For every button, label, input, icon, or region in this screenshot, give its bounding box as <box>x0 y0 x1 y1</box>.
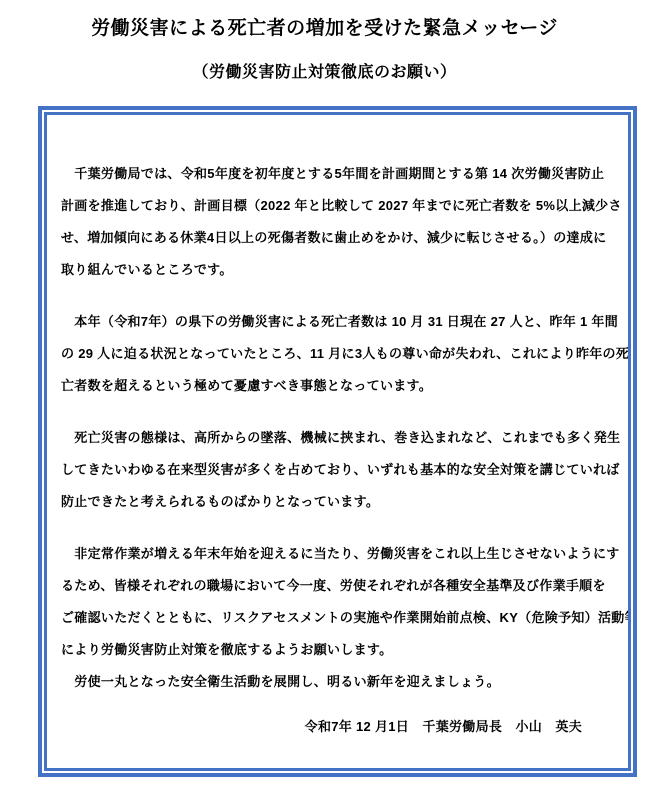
signature-line: 令和7年 12 月1日 千葉労働局長 小山 英夫 <box>61 711 604 743</box>
text-line: るため、皆様それぞれの職場において今一度、労使それぞれが各種安全基準及び作業手順… <box>61 570 604 602</box>
message-border-box: 千葉労働局では、令和5年度を初年度とする5年間を計画期間とする第 14 次労働災… <box>38 106 637 777</box>
text-line: の 29 人に迫る状況となっていたところ、11 月に3人もの尊い命が失われ、これ… <box>61 338 604 370</box>
text-line: 本年（令和7年）の県下の労働災害による死亡者数は 10 月 31 日現在 27 … <box>61 306 604 338</box>
text-line: してきたいわゆる在来型災害が多くを占めており、いずれも基本的な安全対策を講じてい… <box>61 454 604 486</box>
document-subtitle: （労働災害防止対策徹底のお願い） <box>0 59 649 82</box>
paragraph: 非定常作業が増える年末年始を迎えるに当たり、労働災害をこれ以上生じさせないように… <box>61 538 604 666</box>
paragraph: 労使一丸となった安全衛生活動を展開し、明るい新年を迎えましょう。 <box>61 666 604 698</box>
text-line: 亡者数を超えるという極めて憂慮すべき事態となっています。 <box>61 370 604 402</box>
paragraph: 死亡災害の態様は、高所からの墜落、機械に挟まれ、巻き込まれなど、これまでも多く発… <box>61 422 604 518</box>
paragraph: 千葉労働局では、令和5年度を初年度とする5年間を計画期間とする第 14 次労働災… <box>61 158 604 286</box>
text-line: 労使一丸となった安全衛生活動を展開し、明るい新年を迎えましょう。 <box>61 666 604 698</box>
paragraph-list: 千葉労働局では、令和5年度を初年度とする5年間を計画期間とする第 14 次労働災… <box>61 158 604 698</box>
document-page: 労働災害による死亡者の増加を受けた緊急メッセージ （労働災害防止対策徹底のお願い… <box>0 0 649 800</box>
text-line: 防止できたと考えられるものばかりとなっています。 <box>61 486 604 518</box>
text-line: ご確認いただくとともに、リスクアセスメントの実施や作業開始前点検、KY（危険予知… <box>61 602 604 634</box>
text-line: 死亡災害の態様は、高所からの墜落、機械に挟まれ、巻き込まれなど、これまでも多く発… <box>61 422 604 454</box>
text-line: 取り組んでいるところです。 <box>61 254 604 286</box>
paragraph: 本年（令和7年）の県下の労働災害による死亡者数は 10 月 31 日現在 27 … <box>61 306 604 402</box>
text-line: 非定常作業が増える年末年始を迎えるに当たり、労働災害をこれ以上生じさせないように… <box>61 538 604 570</box>
document-title: 労働災害による死亡者の増加を受けた緊急メッセージ <box>0 13 649 40</box>
text-line: により労働災害防止対策を徹底するようお願いします。 <box>61 634 604 666</box>
text-line: せ、増加傾向にある休業4日以上の死傷者数に歯止めをかけ、減少に転じさせる。）の達… <box>61 222 604 254</box>
text-line: 計画を推進しており、計画目標（2022 年と比較して 2027 年までに死亡者数… <box>61 190 604 222</box>
text-line: 千葉労働局では、令和5年度を初年度とする5年間を計画期間とする第 14 次労働災… <box>61 158 604 190</box>
message-body: 千葉労働局では、令和5年度を初年度とする5年間を計画期間とする第 14 次労働災… <box>44 112 631 771</box>
